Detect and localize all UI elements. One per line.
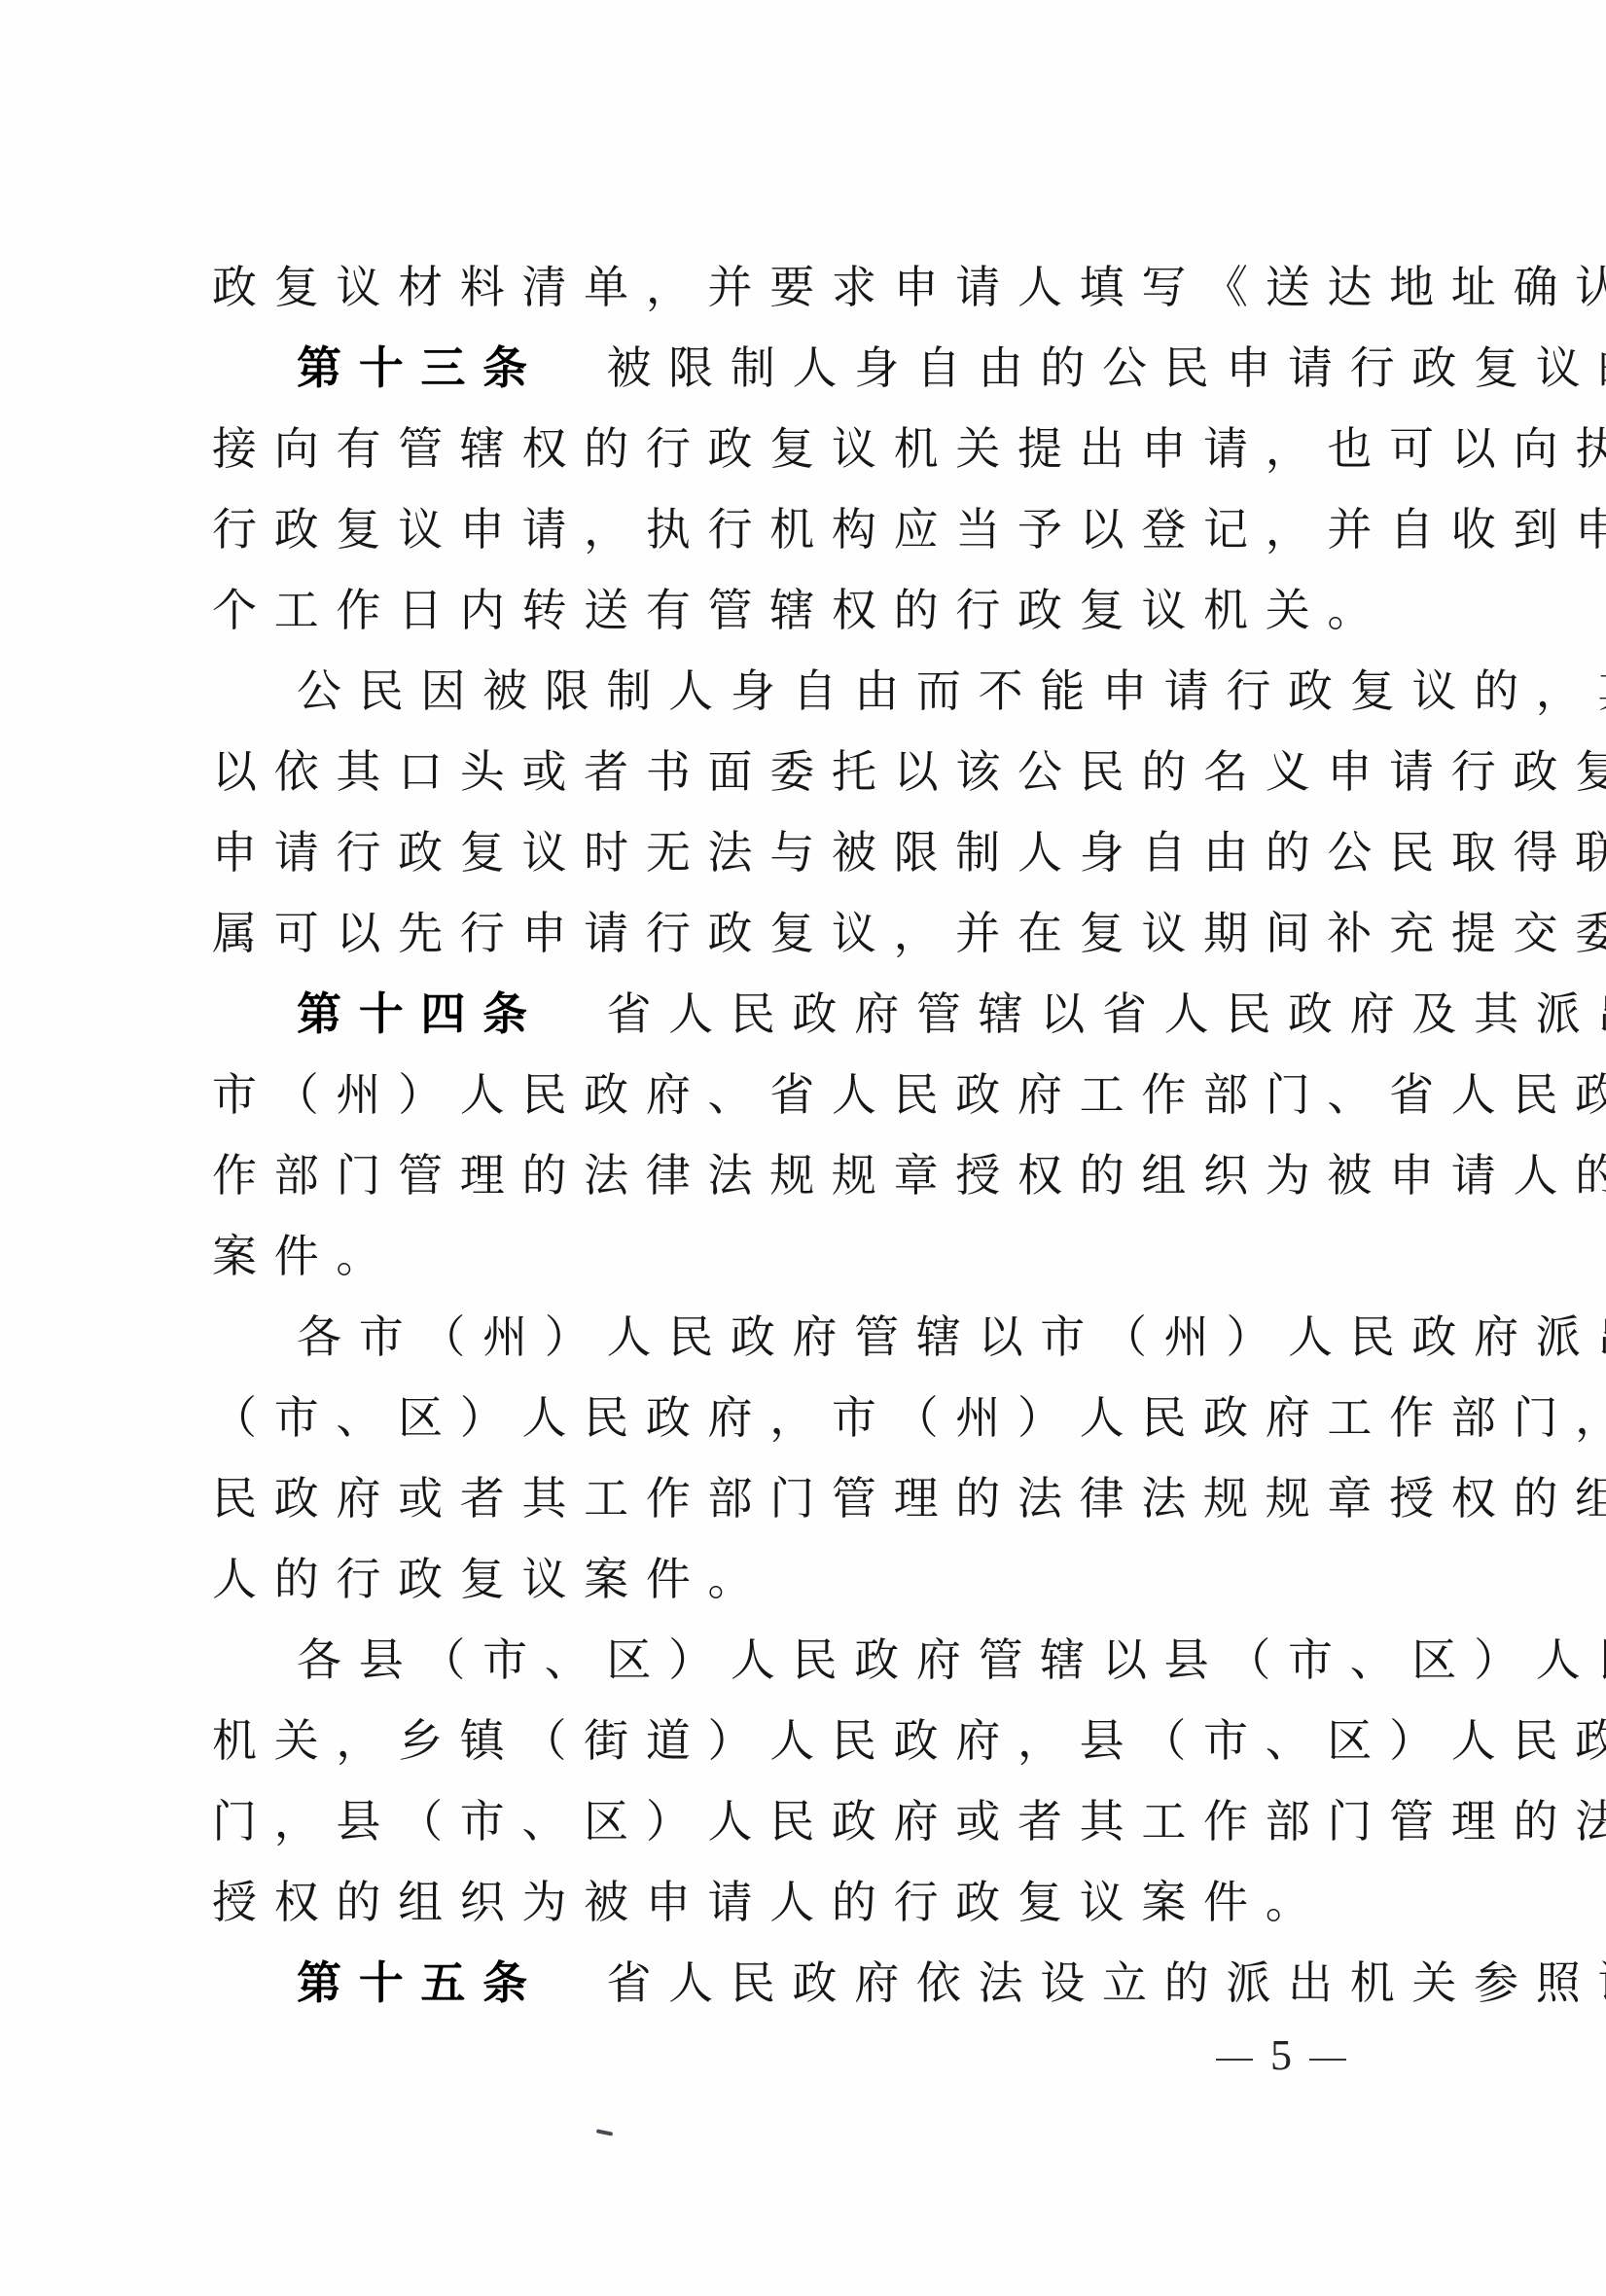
line-text: 人的行政复议案件。 bbox=[212, 1553, 769, 1605]
body-line: 个工作日内转送有管辖权的行政复议机关。 bbox=[212, 579, 1391, 641]
line-text: 属可以先行申请行政复议，并在复议期间补充提交委托证明。 bbox=[212, 907, 1606, 959]
page-number-right-dash bbox=[1309, 2059, 1346, 2061]
line-text: 作部门管理的法律法规规章授权的组织为被申请人的行政复议 bbox=[212, 1149, 1606, 1202]
line-text: 市（州）人民政府、省人民政府工作部门、省人民政府或者其工 bbox=[212, 1068, 1606, 1121]
article-line: 第十四条省人民政府管辖以省人民政府及其派出机关、各 bbox=[297, 983, 1391, 1045]
line-text: 政复议材料清单，并要求申请人填写《送达地址确认书》。 bbox=[212, 261, 1606, 313]
article-line: 第十三条被限制人身自由的公民申请行政复议的，可以直 bbox=[297, 337, 1391, 399]
line-text: 机关，乡镇（街道）人民政府，县（市、区）人民政府工作部 bbox=[212, 1714, 1606, 1767]
scan-artifact-mark bbox=[596, 2129, 613, 2135]
line-text: 省人民政府管辖以省人民政府及其派出机关、各 bbox=[606, 987, 1606, 1040]
body-line: 案件。 bbox=[212, 1225, 1391, 1287]
line-text: （市、区）人民政府，市（州）人民政府工作部门，市（州）人 bbox=[212, 1391, 1606, 1444]
line-text: 授权的组织为被申请人的行政复议案件。 bbox=[212, 1876, 1327, 1928]
document-page: 政复议材料清单，并要求申请人填写《送达地址确认书》。 第十三条被限制人身自由的公… bbox=[0, 0, 1606, 2296]
line-text: 案件。 bbox=[212, 1230, 398, 1282]
body-line: 行政复议申请，执行机构应当予以登记，并自收到申请之日起三 bbox=[212, 498, 1391, 560]
line-text: 个工作日内转送有管辖权的行政复议机关。 bbox=[212, 584, 1389, 636]
article-heading: 第十三条 bbox=[297, 341, 606, 394]
body-line: 机关，乡镇（街道）人民政府，县（市、区）人民政府工作部 bbox=[212, 1709, 1391, 1772]
body-line: 政复议材料清单，并要求申请人填写《送达地址确认书》。 bbox=[212, 256, 1391, 318]
article-heading: 第十四条 bbox=[297, 987, 606, 1040]
paragraph-start-line: 各县（市、区）人民政府管辖以县（市、区）人民政府派出 bbox=[297, 1629, 1391, 1691]
line-text: 行政复议申请，执行机构应当予以登记，并自收到申请之日起三 bbox=[212, 503, 1606, 556]
page-number-left-dash bbox=[1216, 2059, 1253, 2061]
body-line: 民政府或者其工作部门管理的法律法规规章授权的组织为被申请 bbox=[212, 1467, 1391, 1529]
line-text: 民政府或者其工作部门管理的法律法规规章授权的组织为被申请 bbox=[212, 1472, 1606, 1525]
body-line: 接向有管辖权的行政复议机关提出申请，也可以向执行机构递交 bbox=[212, 417, 1391, 480]
article-line: 第十五条省人民政府依法设立的派出机关参照设区的市级 bbox=[297, 1952, 1391, 2014]
paragraph-start-line: 公民因被限制人身自由而不能申请行政复议的，其近亲属可 bbox=[297, 660, 1391, 722]
body-line: 属可以先行申请行政复议，并在复议期间补充提交委托证明。 bbox=[212, 902, 1391, 964]
body-line: （市、区）人民政府，市（州）人民政府工作部门，市（州）人 bbox=[212, 1386, 1391, 1449]
line-text: 申请行政复议时无法与被限制人身自由的公民取得联系的，近亲 bbox=[212, 826, 1606, 879]
page-number: 5 bbox=[1198, 2031, 1364, 2080]
line-text: 以依其口头或者书面委托以该公民的名义申请行政复议。近亲属 bbox=[212, 745, 1606, 798]
line-text: 公民因被限制人身自由而不能申请行政复议的，其近亲属可 bbox=[297, 664, 1606, 717]
line-text: 各市（州）人民政府管辖以市（州）人民政府派出机关，县 bbox=[297, 1310, 1606, 1363]
body-line: 人的行政复议案件。 bbox=[212, 1548, 1391, 1610]
line-text: 门，县（市、区）人民政府或者其工作部门管理的法律法规规章 bbox=[212, 1795, 1606, 1848]
paragraph-start-line: 各市（州）人民政府管辖以市（州）人民政府派出机关，县 bbox=[297, 1306, 1391, 1368]
article-heading: 第十五条 bbox=[297, 1956, 606, 2009]
line-text: 各县（市、区）人民政府管辖以县（市、区）人民政府派出 bbox=[297, 1633, 1606, 1686]
body-line: 门，县（市、区）人民政府或者其工作部门管理的法律法规规章 bbox=[212, 1790, 1391, 1852]
body-line: 以依其口头或者书面委托以该公民的名义申请行政复议。近亲属 bbox=[212, 740, 1391, 803]
line-text: 接向有管辖权的行政复议机关提出申请，也可以向执行机构递交 bbox=[212, 422, 1606, 475]
page-number-value: 5 bbox=[1270, 2031, 1292, 2079]
body-line: 市（州）人民政府、省人民政府工作部门、省人民政府或者其工 bbox=[212, 1063, 1391, 1126]
body-line: 申请行政复议时无法与被限制人身自由的公民取得联系的，近亲 bbox=[212, 821, 1391, 883]
body-line: 授权的组织为被申请人的行政复议案件。 bbox=[212, 1871, 1391, 1933]
body-line: 作部门管理的法律法规规章授权的组织为被申请人的行政复议 bbox=[212, 1144, 1391, 1206]
line-text: 省人民政府依法设立的派出机关参照设区的市级 bbox=[606, 1956, 1606, 2009]
line-text: 被限制人身自由的公民申请行政复议的，可以直 bbox=[606, 341, 1606, 394]
